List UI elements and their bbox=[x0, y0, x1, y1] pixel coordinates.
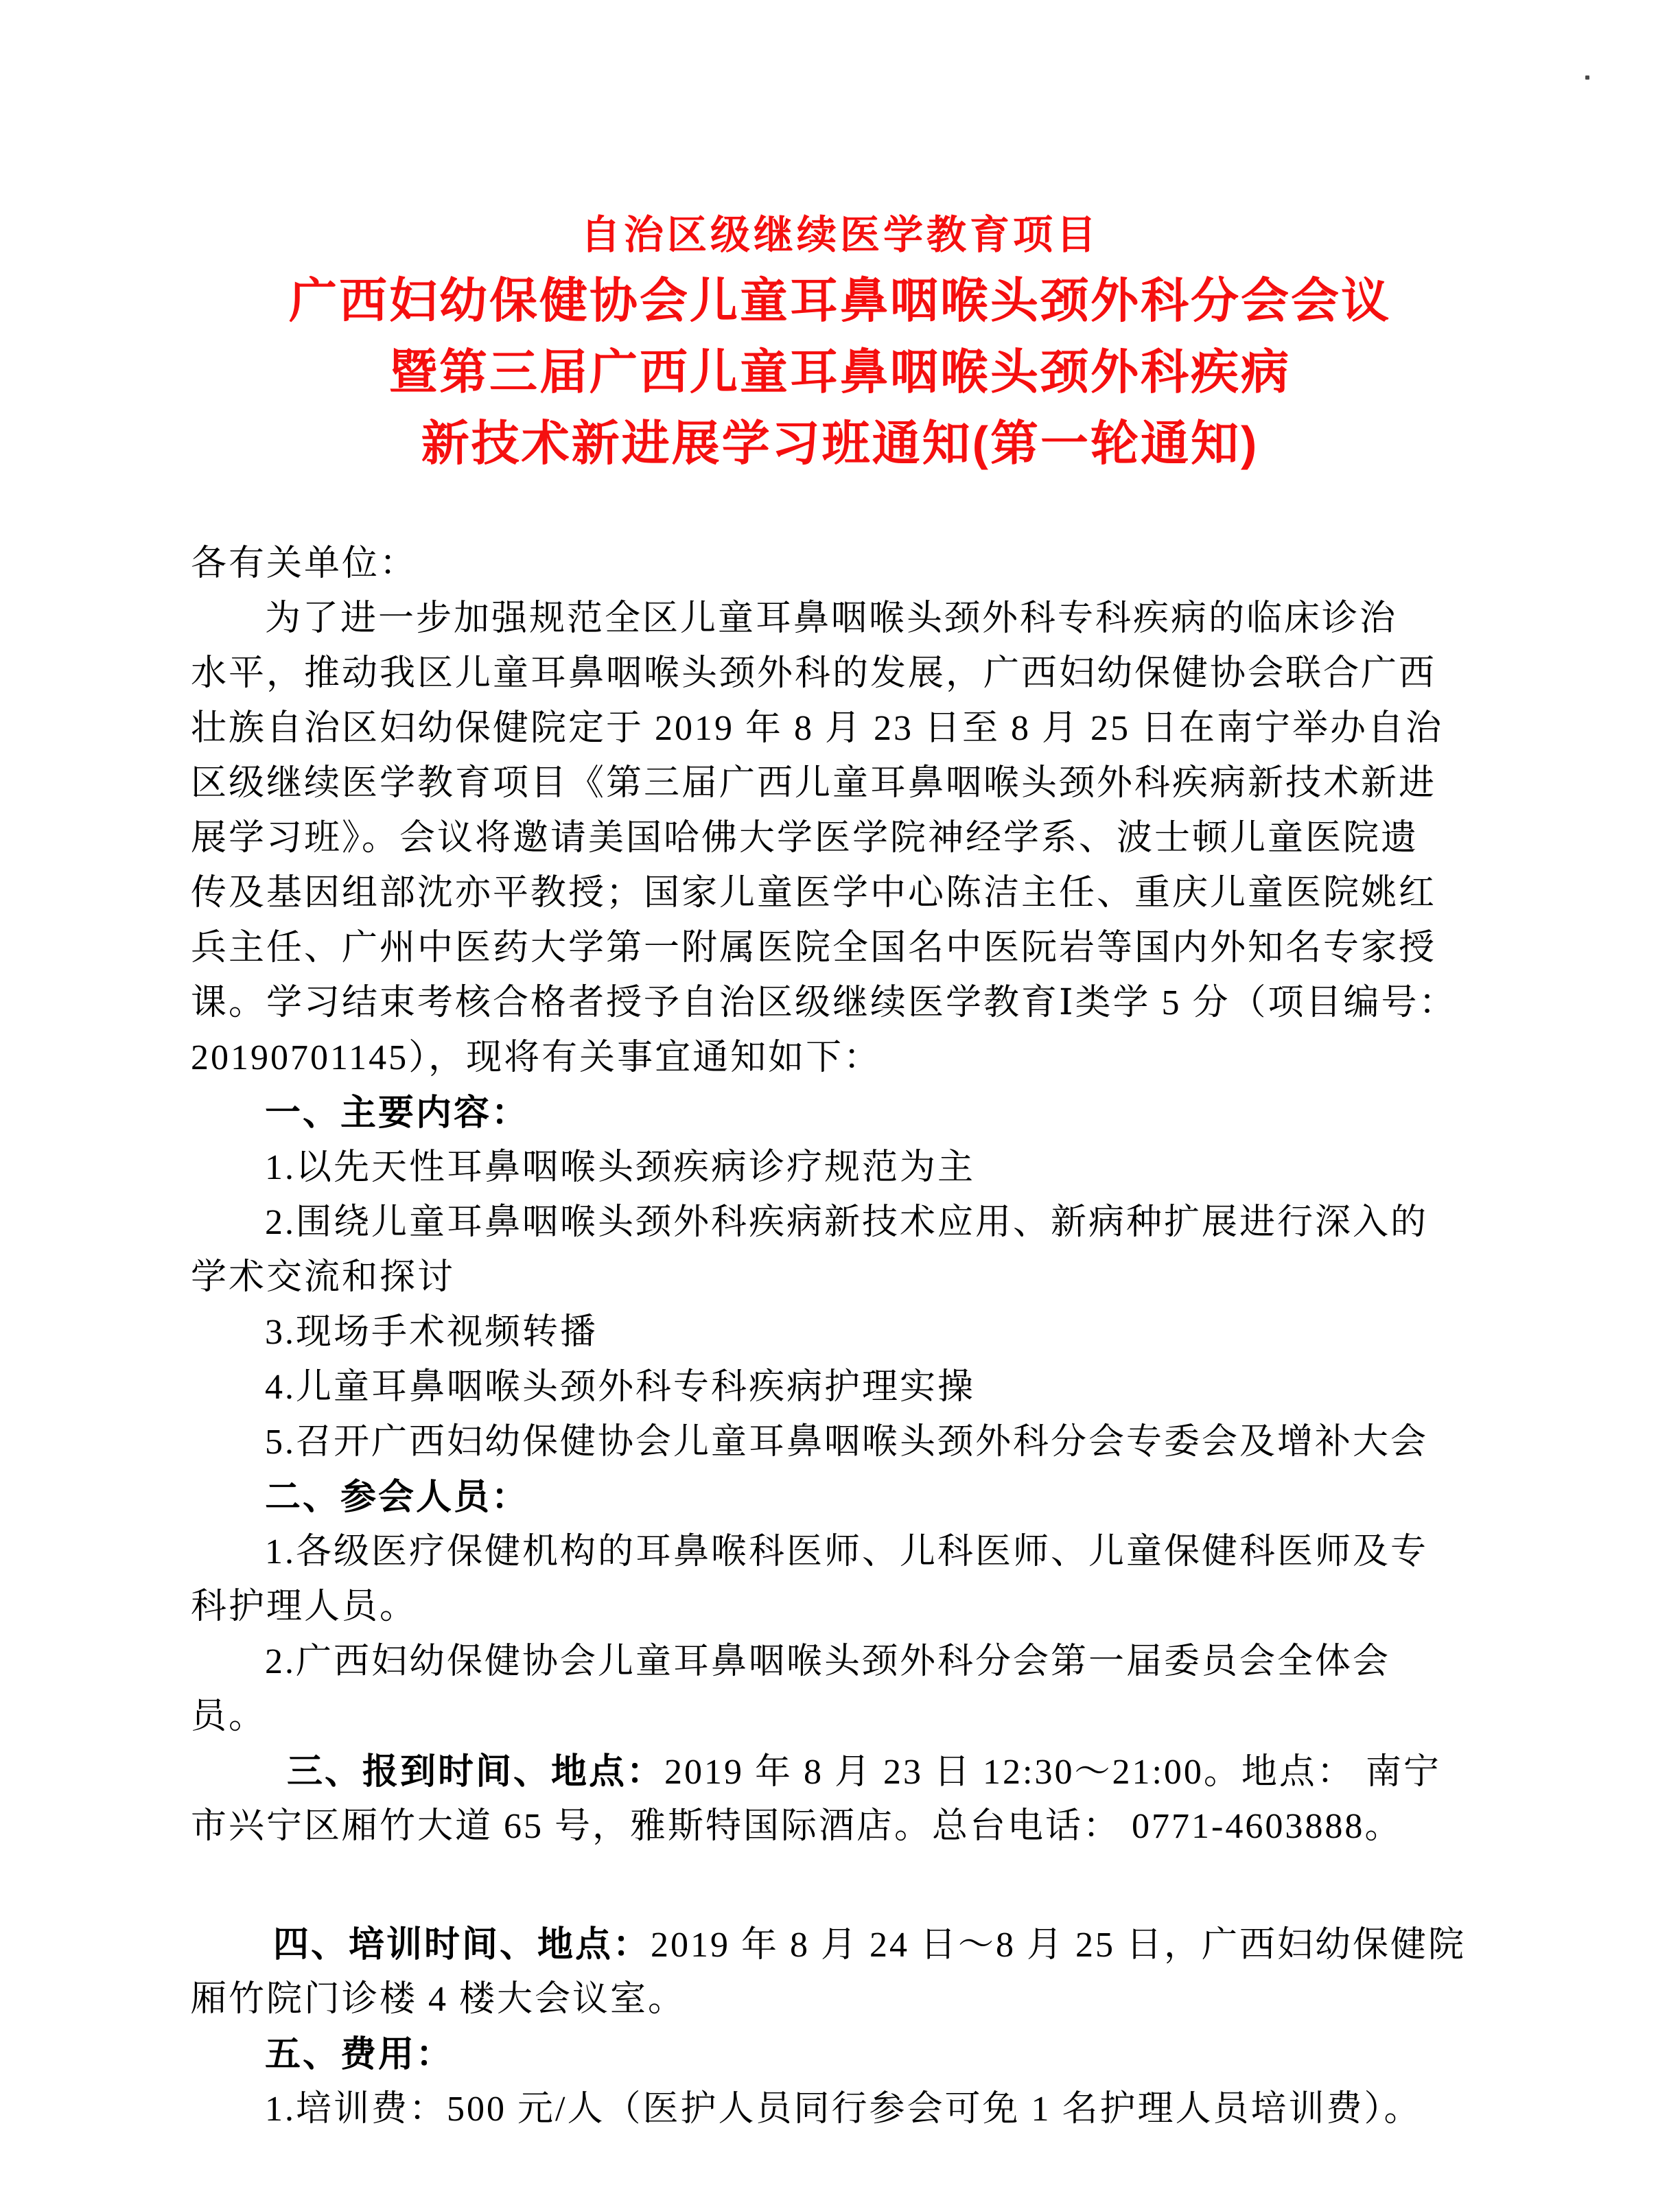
body-line-text: 学术交流和探讨 bbox=[191, 1258, 455, 1297]
body-line: 1.各级医疗保健机构的耳鼻喉科医师、儿科医师、儿童保健科医师及专 bbox=[191, 1525, 1680, 1580]
body-line: 科护理人员。 bbox=[191, 1580, 1680, 1635]
body-line: 厢竹院门诊楼 4 楼大会议室。 bbox=[191, 1972, 1680, 2027]
body-line: 2.广西妇幼保健协会儿童耳鼻咽喉头颈外科分会第一届委员会全体会 bbox=[191, 1635, 1680, 1690]
body-line: 3.现场手术视频转播 bbox=[191, 1305, 1680, 1360]
section-heading-line: 一、主要内容： bbox=[191, 1086, 1680, 1141]
body-line: 2.围绕儿童耳鼻咽喉头颈外科疾病新技术应用、新病种扩展进行深入的 bbox=[191, 1195, 1680, 1250]
body-line-text: 科护理人员。 bbox=[191, 1587, 417, 1626]
notice-title-line-2: 暨第三届广西儿童耳鼻咽喉头颈外科疾病 bbox=[0, 344, 1680, 400]
body-line-text: 2019 年 8 月 23 日 12:30～21:00。地点： 南宁 bbox=[664, 1753, 1441, 1792]
body-line: 学术交流和探讨 bbox=[191, 1250, 1680, 1305]
section-heading-line: 五、费用： bbox=[191, 2027, 1680, 2082]
body-line-text: 五、费用： bbox=[265, 2035, 454, 2075]
body-line-text: 员。 bbox=[191, 1697, 266, 1736]
body-line: 展学习班》。会议将邀请美国哈佛大学医学院神经学系、波士顿儿童医院遗 bbox=[191, 811, 1680, 866]
body-line: 课。学习结束考核合格者授予自治区级继续医学教育Ⅰ类学 5 分（项目编号： bbox=[191, 976, 1680, 1031]
body-line-text: 4.儿童耳鼻咽喉头颈外科专科疾病护理实操 bbox=[265, 1368, 975, 1407]
paragraph-gap bbox=[191, 1854, 1680, 1917]
section-heading-line: 二、参会人员： bbox=[191, 1470, 1680, 1525]
body-line-text: 20190701145），现将有关事宜通知如下： bbox=[191, 1038, 881, 1077]
body-line: 市兴宁区厢竹大道 65 号，雅斯特国际酒店。总台电话： 0771-4603888… bbox=[191, 1799, 1680, 1854]
body-line-text: 市兴宁区厢竹大道 65 号，雅斯特国际酒店。总台电话： 0771-4603888… bbox=[191, 1807, 1402, 1846]
body-line-text: 传及基因组部沈亦平教授；国家儿童医学中心陈洁主任、重庆儿童医院姚红 bbox=[191, 874, 1436, 913]
body-line-text: 1.各级医疗保健机构的耳鼻喉科医师、儿科医师、儿童保健科医师及专 bbox=[265, 1532, 1428, 1571]
body-line: 兵主任、广州中医药大学第一附属医院全国名中医阮岩等国内外知名专家授 bbox=[191, 921, 1680, 976]
body-line-text: 1.培训费：500 元/人（医护人员同行参会可免 1 名护理人员培训费）。 bbox=[265, 2090, 1421, 2129]
body-line: 各有关单位： bbox=[191, 537, 1680, 592]
body-line: 壮族自治区妇幼保健院定于 2019 年 8 月 23 日至 8 月 25 日在南… bbox=[191, 701, 1680, 756]
body-line: 20190701145），现将有关事宜通知如下： bbox=[191, 1031, 1680, 1086]
body-line-text: 1.以先天性耳鼻咽喉头颈疾病诊疗规范为主 bbox=[265, 1148, 975, 1187]
body-line-text: 课。学习结束考核合格者授予自治区级继续医学教育Ⅰ类学 5 分（项目编号： bbox=[191, 983, 1457, 1023]
scan-artifact-dot bbox=[1585, 75, 1589, 80]
body-line: 1.培训费：500 元/人（医护人员同行参会可免 1 名护理人员培训费）。 bbox=[191, 2082, 1680, 2137]
notice-title-line-1: 广西妇幼保健协会儿童耳鼻咽喉头颈外科分会会议 bbox=[0, 273, 1680, 329]
body-line-text: 区级继续医学教育项目《第三届广西儿童耳鼻咽喉头颈外科疾病新技术新进 bbox=[191, 764, 1436, 803]
section-heading-prefix: 四、培训时间、地点： bbox=[273, 1925, 651, 1965]
body-line: 区级继续医学教育项目《第三届广西儿童耳鼻咽喉头颈外科疾病新技术新进 bbox=[191, 756, 1680, 811]
body-line-text: 5.召开广西妇幼保健协会儿童耳鼻咽喉头颈外科分会专委会及增补大会 bbox=[265, 1423, 1428, 1462]
body-line-text: 各有关单位： bbox=[191, 544, 417, 583]
section-heading-line: 四、培训时间、地点：2019 年 8 月 24 日～8 月 25 日，广西妇幼保… bbox=[191, 1917, 1680, 1972]
body-line-text: 壮族自治区妇幼保健院定于 2019 年 8 月 23 日至 8 月 25 日在南… bbox=[191, 709, 1443, 748]
body-line-text: 二、参会人员： bbox=[265, 1477, 529, 1517]
body-line: 传及基因组部沈亦平教授；国家儿童医学中心陈洁主任、重庆儿童医院姚红 bbox=[191, 866, 1680, 921]
notice-body: 各有关单位：为了进一步加强规范全区儿童耳鼻咽喉头颈外科专科疾病的临床诊治水平，推… bbox=[191, 537, 1680, 2137]
section-heading-prefix: 三、报到时间、地点： bbox=[287, 1752, 664, 1792]
body-line-text: 展学习班》。会议将邀请美国哈佛大学医学院神经学系、波士顿儿童医院遗 bbox=[191, 819, 1419, 858]
notice-page: 自治区级继续医学教育项目 广西妇幼保健协会儿童耳鼻咽喉头颈外科分会会议 暨第三届… bbox=[0, 0, 1680, 2185]
body-line: 为了进一步加强规范全区儿童耳鼻咽喉头颈外科专科疾病的临床诊治 bbox=[191, 592, 1680, 646]
body-line-text: 水平，推动我区儿童耳鼻咽喉头颈外科的发展，广西妇幼保健协会联合广西 bbox=[191, 654, 1436, 693]
body-line: 员。 bbox=[191, 1690, 1680, 1744]
section-heading-line: 三、报到时间、地点：2019 年 8 月 23 日 12:30～21:00。地点… bbox=[191, 1744, 1680, 1799]
body-line-text: 2.广西妇幼保健协会儿童耳鼻咽喉头颈外科分会第一届委员会全体会 bbox=[265, 1642, 1390, 1681]
body-line: 4.儿童耳鼻咽喉头颈外科专科疾病护理实操 bbox=[191, 1360, 1680, 1415]
body-line: 水平，推动我区儿童耳鼻咽喉头颈外科的发展，广西妇幼保健协会联合广西 bbox=[191, 646, 1680, 701]
body-line: 1.以先天性耳鼻咽喉头颈疾病诊疗规范为主 bbox=[191, 1141, 1680, 1195]
body-line-text: 厢竹院门诊楼 4 楼大会议室。 bbox=[191, 1980, 686, 2019]
body-line-text: 3.现场手术视频转播 bbox=[265, 1313, 598, 1352]
body-line-text: 一、主要内容： bbox=[265, 1093, 529, 1133]
body-line: 5.召开广西妇幼保健协会儿童耳鼻咽喉头颈外科分会专委会及增补大会 bbox=[191, 1415, 1680, 1470]
body-line-text: 2.围绕儿童耳鼻咽喉头颈外科疾病新技术应用、新病种扩展进行深入的 bbox=[265, 1203, 1428, 1242]
body-line-text: 兵主任、广州中医药大学第一附属医院全国名中医阮岩等国内外知名专家授 bbox=[191, 928, 1436, 968]
body-line-text: 为了进一步加强规范全区儿童耳鼻咽喉头颈外科专科疾病的临床诊治 bbox=[265, 599, 1397, 638]
notice-title-line-3: 新技术新进展学习班通知(第一轮通知) bbox=[0, 416, 1680, 471]
body-line-text: 2019 年 8 月 24 日～8 月 25 日，广西妇幼保健院 bbox=[651, 1926, 1466, 1965]
notice-supertitle: 自治区级继续医学教育项目 bbox=[0, 211, 1680, 259]
